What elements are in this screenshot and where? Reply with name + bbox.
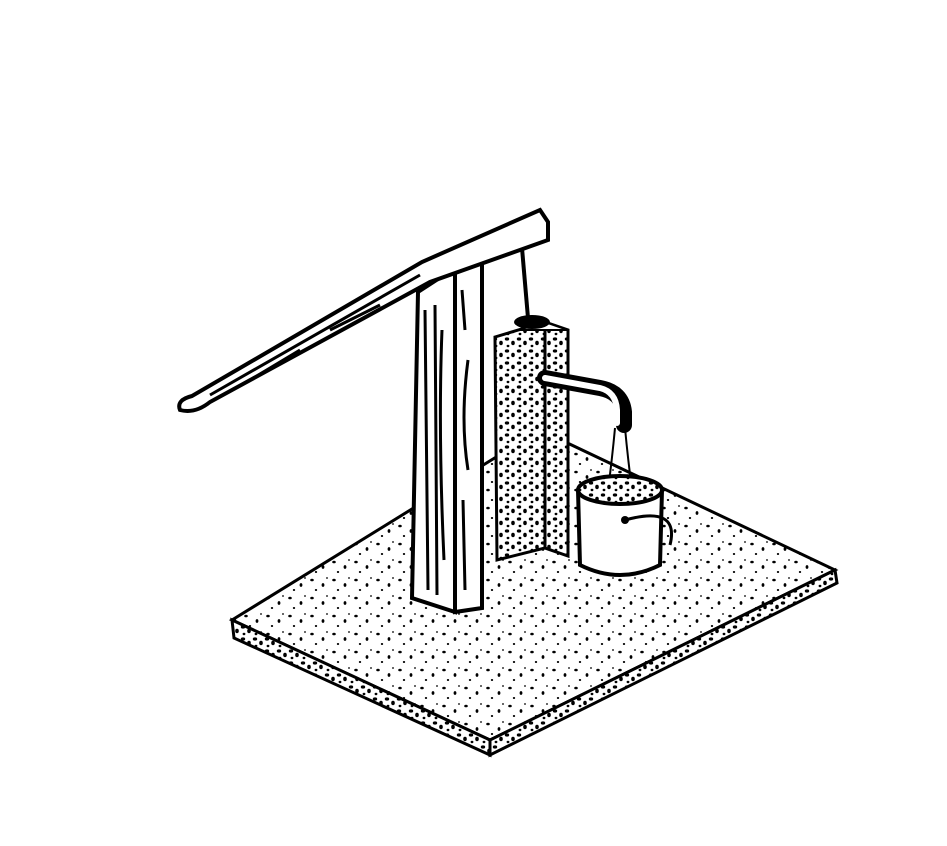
pump-rod xyxy=(522,248,528,318)
hand-pump-illustration xyxy=(0,0,947,846)
bucket xyxy=(578,476,672,575)
lever-handle xyxy=(179,210,548,411)
pump-cylinder xyxy=(495,315,568,560)
wooden-post xyxy=(412,262,482,612)
